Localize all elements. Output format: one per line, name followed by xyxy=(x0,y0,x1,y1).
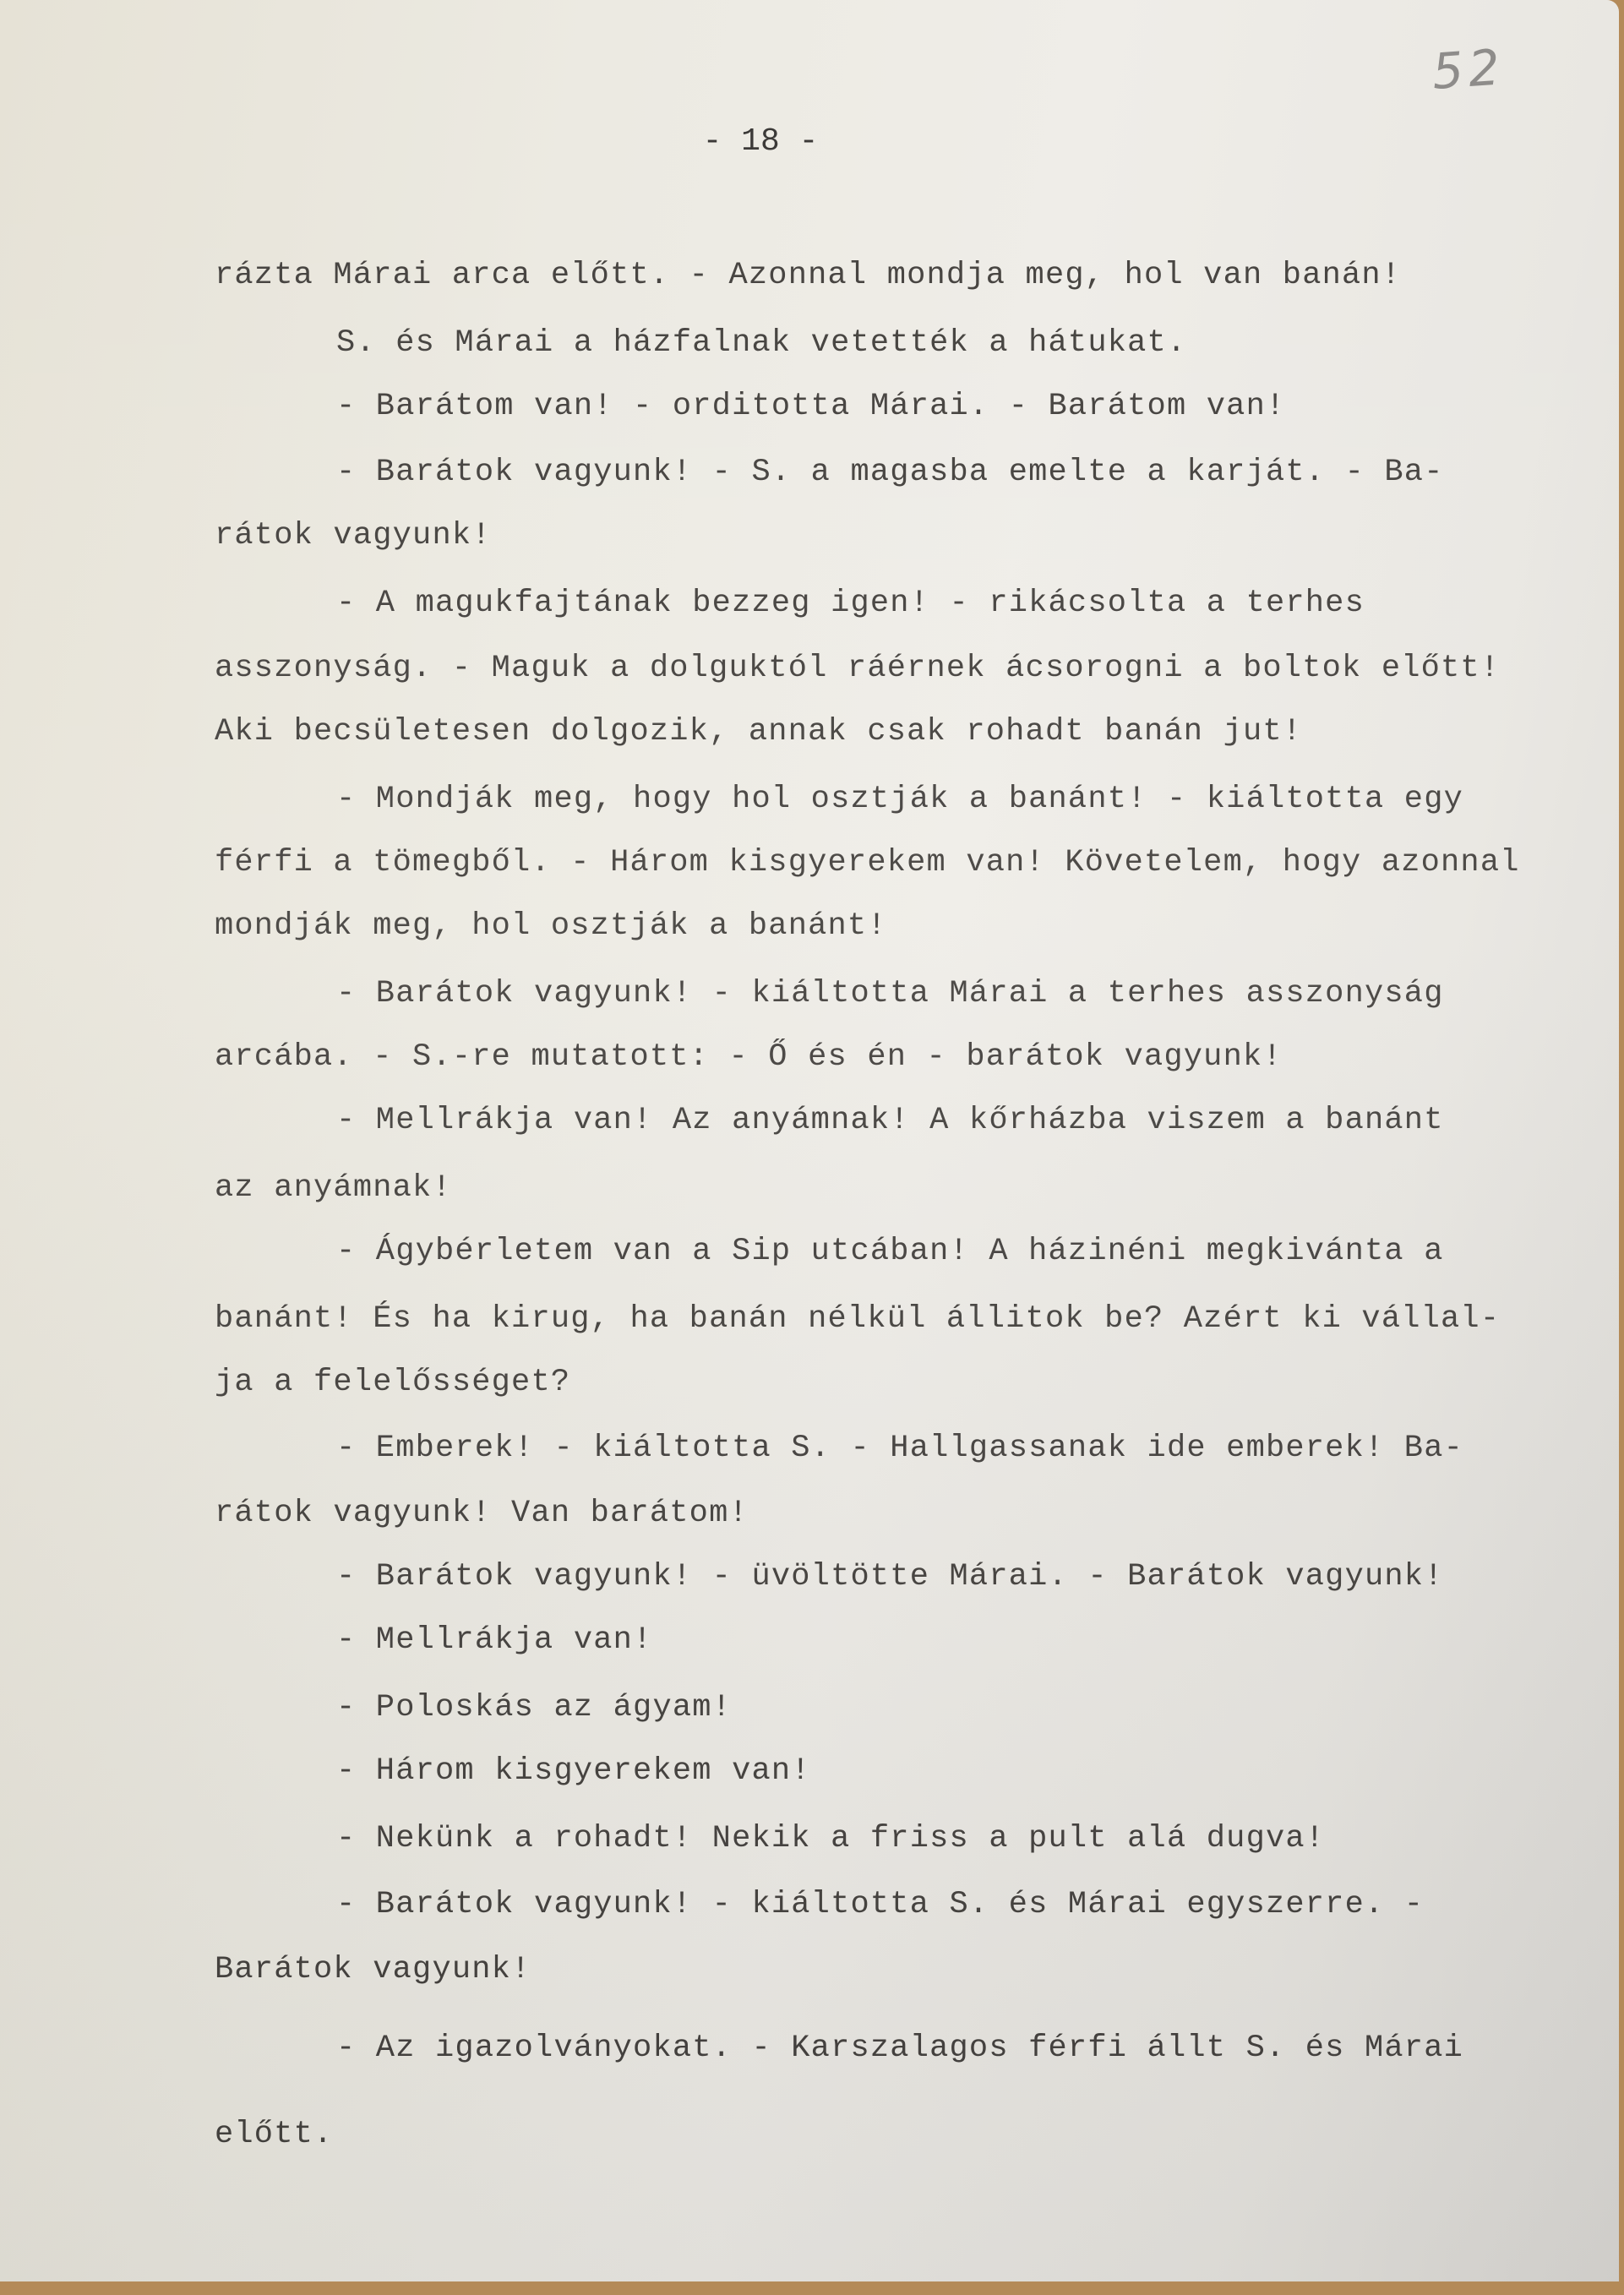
text-line: - Emberek! - kiáltotta S. - Hallgassanak… xyxy=(336,1433,1463,1464)
text-line: S. és Márai a házfalnak vetették a hátuk… xyxy=(336,328,1186,359)
handwritten-folio-number: 52 xyxy=(1431,38,1507,101)
text-line: rázta Márai arca előtt. - Azonnal mondja… xyxy=(215,260,1401,292)
text-line: férfi a tömegből. - Három kisgyerekem va… xyxy=(215,848,1520,879)
text-line: - Három kisgyerekem van! xyxy=(336,1756,811,1787)
text-line: előtt. xyxy=(215,2119,333,2151)
text-line: - Barátom van! - orditotta Márai. - Bará… xyxy=(336,391,1285,422)
text-line: - Mellrákja van! Az anyámnak! A kőrházba… xyxy=(336,1105,1444,1137)
text-line: az anyámnak! xyxy=(215,1173,452,1204)
text-line: mondják meg, hol osztják a banánt! xyxy=(215,911,887,942)
text-line: - Mellrákja van! xyxy=(336,1625,652,1656)
text-line: - Mondják meg, hogy hol osztják a banánt… xyxy=(336,784,1463,815)
text-line: ja a felelősséget? xyxy=(215,1367,570,1398)
text-line: - Barátok vagyunk! - kiáltotta Márai a t… xyxy=(336,979,1444,1010)
text-line: - Barátok vagyunk! - kiáltotta S. és Már… xyxy=(336,1889,1424,1921)
typewritten-page: 52 - 18 - rázta Márai arca előtt. - Azon… xyxy=(0,0,1619,2281)
text-line: Aki becsületesen dolgozik, annak csak ro… xyxy=(215,717,1302,748)
text-line: - Nekünk a rohadt! Nekik a friss a pult … xyxy=(336,1823,1325,1855)
text-line: asszonyság. - Maguk a dolguktól ráérnek … xyxy=(215,653,1500,684)
text-line: - Az igazolványokat. - Karszalagos férfi… xyxy=(336,2033,1463,2064)
text-line: Barátok vagyunk! xyxy=(215,1954,531,1986)
text-line: - Poloskás az ágyam! xyxy=(336,1693,732,1724)
text-line: - Barátok vagyunk! - üvöltötte Márai. - … xyxy=(336,1562,1444,1593)
text-line: rátok vagyunk! Van barátom! xyxy=(215,1498,749,1529)
text-line: - Barátok vagyunk! - S. a magasba emelte… xyxy=(336,457,1444,488)
page-number: - 18 - xyxy=(693,123,828,160)
text-line: arcába. - S.-re mutatott: - Ő és én - ba… xyxy=(215,1042,1283,1073)
text-line: - A magukfajtának bezzeg igen! - rikácso… xyxy=(336,588,1365,619)
text-line: - Ágybérletem van a Sip utcában! A házin… xyxy=(336,1236,1444,1267)
text-line: rátok vagyunk! xyxy=(215,521,492,552)
text-line: banánt! És ha kirug, ha banán nélkül áll… xyxy=(215,1304,1500,1335)
